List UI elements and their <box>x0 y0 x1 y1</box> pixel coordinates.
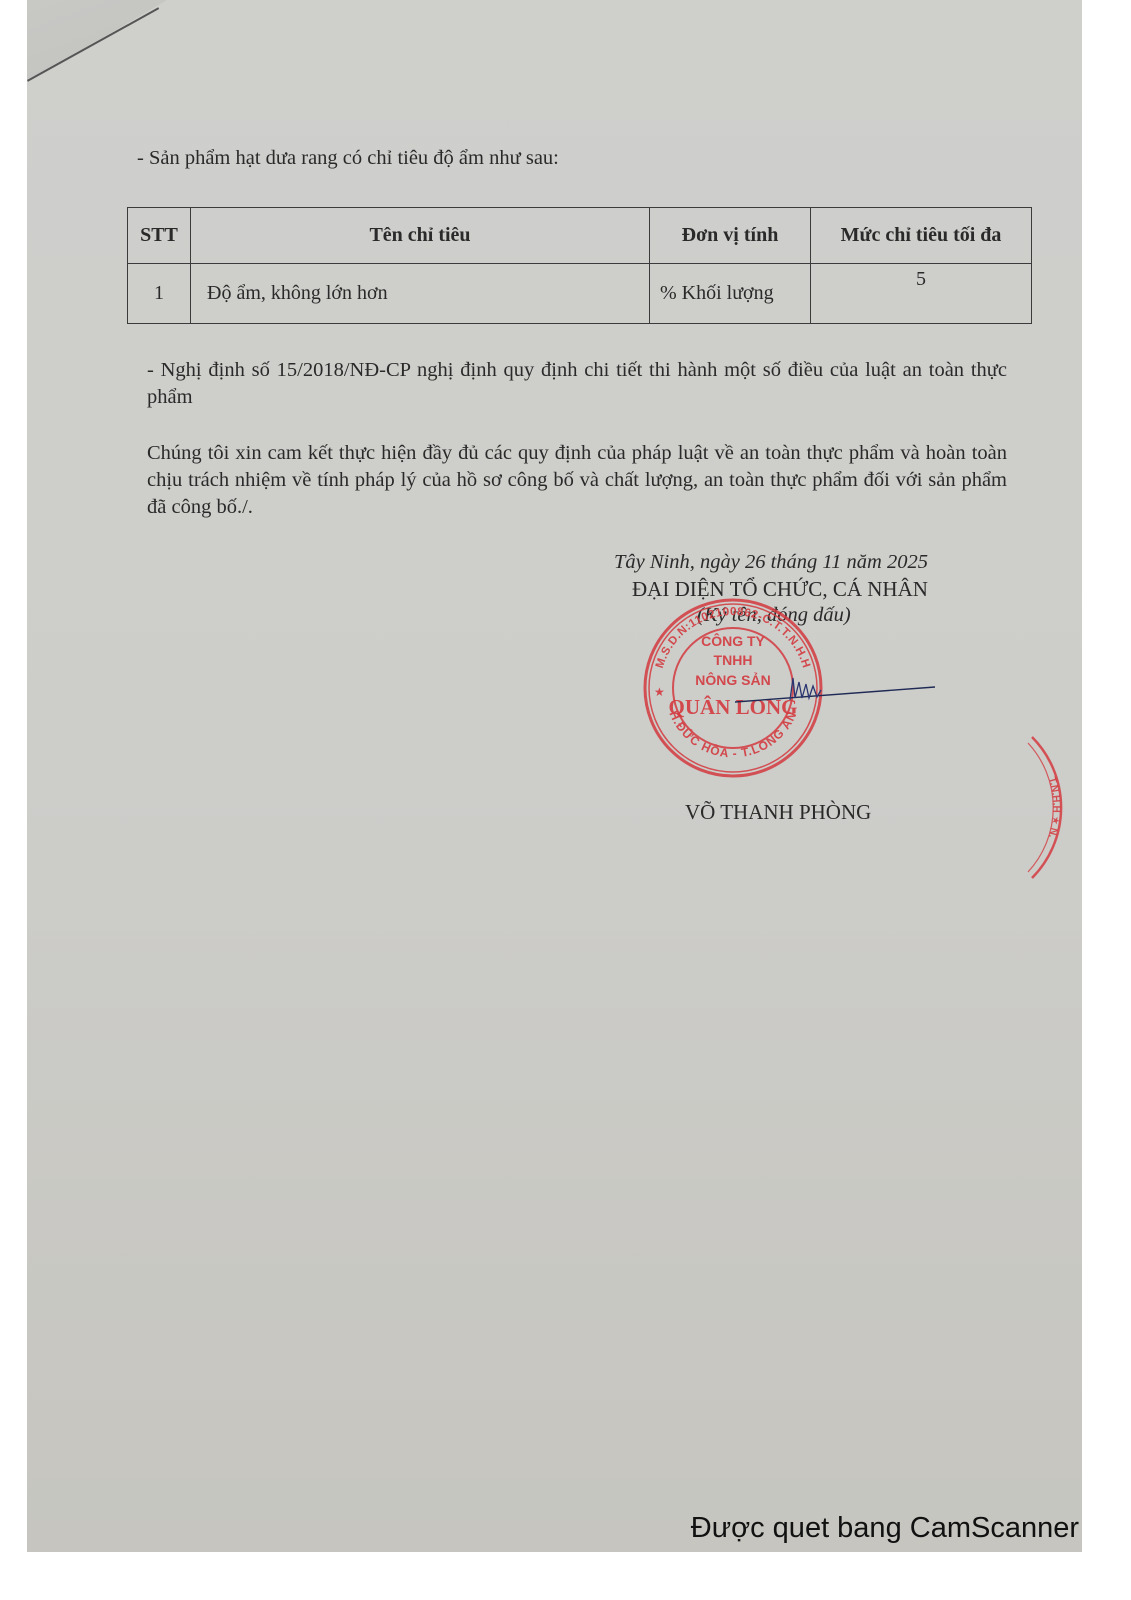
commitment-paragraph: Chúng tôi xin cam kết thực hiện đầy đủ c… <box>147 440 1007 521</box>
cell-indicator-name: Độ ẩm, không lớn hơn <box>191 264 650 324</box>
header-max-level: Mức chỉ tiêu tối đa <box>811 208 1032 264</box>
header-indicator-name: Tên chỉ tiêu <box>191 208 650 264</box>
partial-seal-icon: T.N.H.H ★ N. <box>1010 735 1070 880</box>
cell-max-level: 5 <box>811 264 1032 324</box>
camscanner-watermark: Được quet bang CamScanner <box>691 1512 1079 1545</box>
cell-unit: % Khối lượng <box>650 264 811 324</box>
signatory-name: VÕ THANH PHÒNG <box>685 800 871 825</box>
header-unit: Đơn vị tính <box>650 208 811 264</box>
table-row: 1 Độ ẩm, không lớn hơn % Khối lượng 5 <box>128 264 1032 324</box>
moisture-intro: - Sản phẩm hạt dưa rang có chỉ tiêu độ ẩ… <box>137 147 559 170</box>
cell-stt: 1 <box>128 264 191 324</box>
svg-text:CÔNG TY: CÔNG TY <box>701 632 765 649</box>
table-header-row: STT Tên chỉ tiêu Đơn vị tính Mức chỉ tiê… <box>128 208 1032 264</box>
handwritten-signature-icon <box>735 660 935 710</box>
header-stt: STT <box>128 208 191 264</box>
place-and-date: Tây Ninh, ngày 26 tháng 11 năm 2025 <box>614 551 928 574</box>
decree-paragraph: - Nghị định số 15/2018/NĐ-CP nghị định q… <box>147 357 1007 411</box>
svg-text:★: ★ <box>654 685 665 699</box>
moisture-spec-table: STT Tên chỉ tiêu Đơn vị tính Mức chỉ tiê… <box>127 207 1032 324</box>
